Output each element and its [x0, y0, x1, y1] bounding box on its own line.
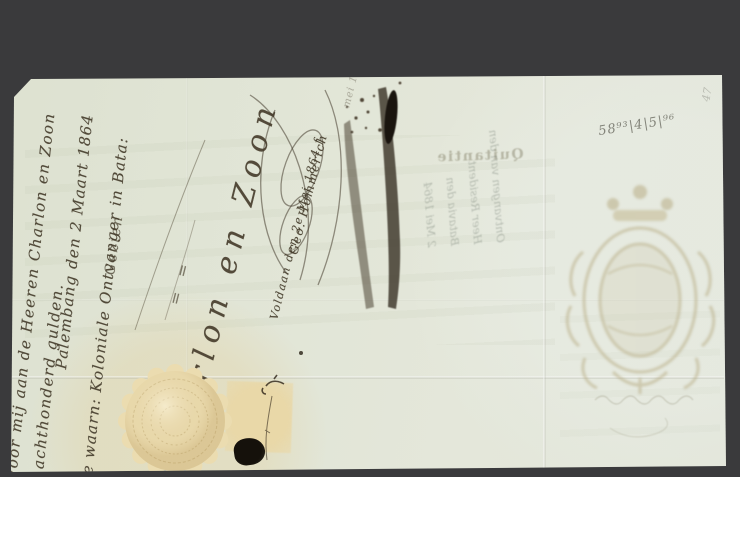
endorsement-line-3: Palembang den 2 Maart 1864	[52, 113, 97, 370]
fold-crease-vertical	[543, 76, 546, 470]
wafer-seal	[116, 362, 234, 480]
page-background	[0, 477, 740, 557]
ink-squiggle	[252, 372, 312, 467]
document-paper: Quitantie Ontvangen van den Heer Residen…	[0, 0, 740, 477]
mirrored-script-block: Ontvangen van den Heer Resident Batavia …	[406, 42, 512, 248]
pencil-number: 58⁹³|4|5|⁹⁶	[597, 112, 676, 139]
ink-speck	[299, 351, 303, 355]
photo-frame: Quitantie Ontvangen van den Heer Residen…	[0, 0, 740, 477]
corner-number: 47	[699, 86, 714, 102]
ink-smears	[330, 75, 420, 325]
mirrored-squiggle	[590, 388, 730, 448]
crest-showthrough	[553, 182, 728, 397]
screenshot: Quitantie Ontvangen van den Heer Residen…	[0, 0, 740, 557]
